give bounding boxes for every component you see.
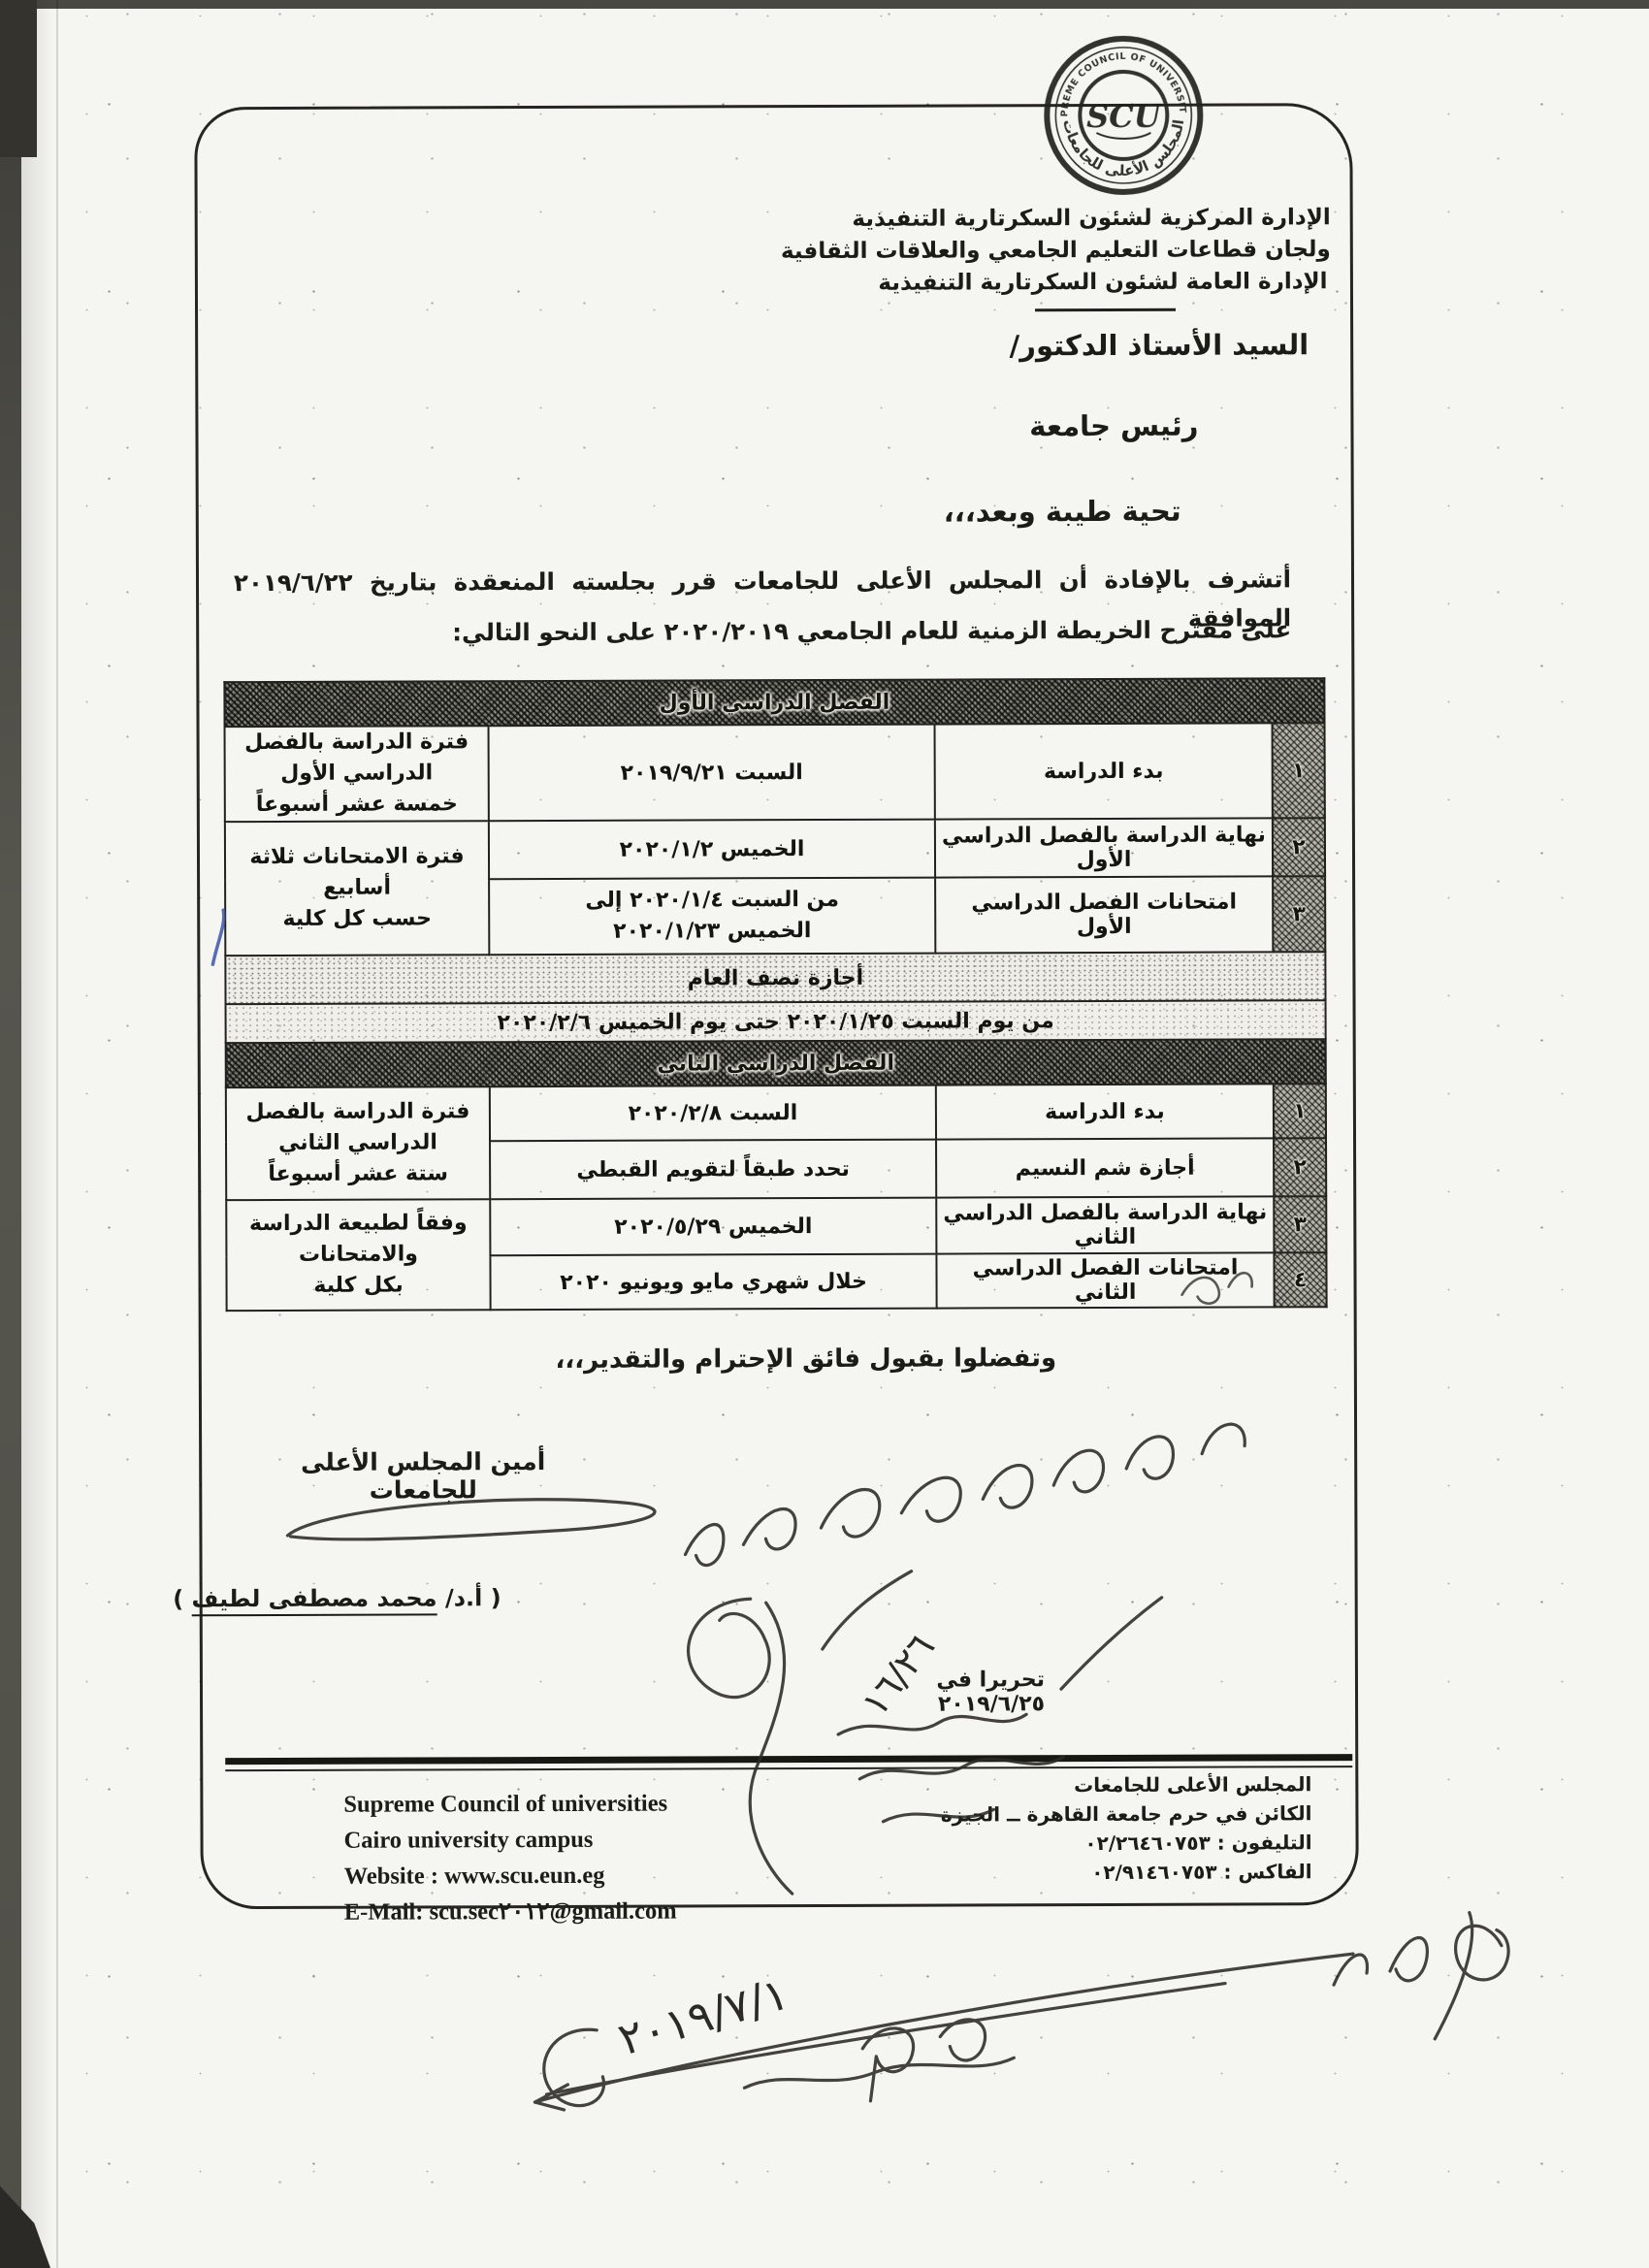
table-row: ٢ نهاية الدراسة بالفصل الدراسي الأول الخ… [225, 818, 1325, 880]
schedule-item: أجازة شم النسيم [936, 1138, 1274, 1197]
semester1-title-bar: الفصل الدراسي الأول [224, 678, 1324, 727]
seal-center-text: SCU [1086, 98, 1163, 135]
table-row: ١ بدء الدراسة السبت ٢٠١٩/٩/٢١ فترة الدرا… [225, 723, 1325, 822]
schedule-item: بدء الدراسة [935, 723, 1273, 819]
schedule-date: السبت ٢٠١٩/٩/٢١ [489, 725, 935, 822]
schedule-note: فترة الدراسة بالفصل الدراسي الثاني ستة ع… [226, 1086, 490, 1200]
closing-line: وتفضلوا بقبول فائق الإحترام والتقدير،،، [496, 1344, 1116, 1375]
schedule-date: من السبت ٢٠٢٠/١/٤ إلى الخميس ٢٠٢٠/١/٢٣ [489, 878, 935, 956]
table-row: ٣ نهاية الدراسة بالفصل الدراسي الثاني ال… [226, 1196, 1326, 1256]
row-number: ٢ [1273, 818, 1325, 876]
footer-org-name-ar: المجلس الأعلى للجامعات [923, 1769, 1311, 1799]
name-prefix: ( أ.د/ [437, 1584, 501, 1611]
row-number: ٢ [1274, 1138, 1326, 1196]
schedule-item: نهاية الدراسة بالفصل الدراسي الثاني [936, 1196, 1274, 1253]
footer-website: Website : www.scu.eun.eg [344, 1858, 677, 1895]
semester2-title-bar: الفصل الدراسي الثاني [226, 1039, 1326, 1087]
note-line: وفقاً لطبيعة الدراسة والامتحانات [231, 1208, 485, 1271]
salutation: تحية طيبة وبعد،،، [774, 495, 1181, 529]
row-number: ٤ [1274, 1252, 1326, 1307]
name-text: محمد مصطفى لطيف [191, 1584, 436, 1616]
recipient-line: السيد الأستاذ الدكتور/ [870, 328, 1309, 363]
note-line: ستة عشر أسبوعاً [231, 1158, 485, 1190]
letter-content: المجلس الأعلى للجامعات SUPREME COUNCIL O… [0, 0, 1649, 2268]
note-line: خمسة عشر أسبوعاً [230, 789, 484, 821]
schedule-date: الخميس ٢٠٢٠/١/٢ [489, 820, 935, 880]
note-line: فترة الامتحانات ثلاثة أسابيع [230, 841, 484, 904]
table-row: ١ بدء الدراسة السبت ٢٠٢٠/٢/٨ فترة الدراس… [226, 1084, 1326, 1142]
note-line: فترة الدراسة بالفصل الدراسي الثاني [231, 1096, 485, 1159]
row-number: ١ [1274, 1084, 1326, 1138]
schedule-date: خلال شهري مايو ويونيو ٢٠٢٠ [490, 1254, 936, 1311]
schedule-item: نهاية الدراسة بالفصل الدراسي الأول [935, 818, 1273, 877]
schedule-date: الخميس ٢٠٢٠/٥/٢٩ [490, 1198, 936, 1256]
footer-fax: الفاكس : ٠٢/٩١٤٦٠٧٥٣ [924, 1857, 1312, 1887]
letterhead-line: ولجان قطاعات التعليم الجامعي والعلاقات ا… [875, 234, 1331, 268]
schedule-date: تحدد طبقاً لتقويم القبطي [490, 1140, 936, 1200]
footer-email: E-Mail: scu.sec٢٠١٢@gmail.com [344, 1894, 677, 1930]
date-line: الخميس ٢٠٢٠/١/٢٣ [494, 916, 930, 949]
issue-date: تحريرا في ٢٠١٩/٦/٢٥ [846, 1668, 1045, 1717]
schedule-item: امتحانات الفصل الدراسي الأول [935, 876, 1273, 953]
note-line: فترة الدراسة بالفصل الدراسي الأول [230, 727, 484, 790]
footer-phone: التليفون : ٠٢/٢٦٤٦٠٧٥٣ [924, 1828, 1312, 1858]
academic-calendar-table: الفصل الدراسي الأول ١ بدء الدراسة السبت … [223, 677, 1327, 1312]
schedule-note: فترة الامتحانات ثلاثة أسابيع حسب كل كلية [225, 821, 489, 956]
scu-seal-logo: المجلس الأعلى للجامعات SUPREME COUNCIL O… [1042, 32, 1206, 200]
note-line: بكل كلية [231, 1270, 485, 1302]
handwritten-date-bottom: ٢٠١٩/٧/١ [612, 1966, 793, 2065]
letterhead-department: الإدارة المركزية لشئون السكرتارية التنفي… [875, 202, 1331, 300]
midyear-vacation-period: من يوم السبت ٢٠٢٠/١/٢٥ حتى يوم الخميس ٢٠… [226, 1000, 1326, 1043]
footer-contact-english: Supreme Council of universities Cairo un… [343, 1786, 676, 1930]
footer-campus-en: Cairo university campus [343, 1822, 676, 1859]
footer-org-name-en: Supreme Council of universities [343, 1786, 676, 1823]
row-number: ١ [1273, 723, 1325, 818]
signatory-name: ( أ.د/ محمد مصطفى لطيف ) [240, 1584, 501, 1612]
name-suffix: ) [173, 1585, 191, 1612]
footer-contact-arabic: المجلس الأعلى للجامعات الكائن في حرم جام… [923, 1769, 1311, 1887]
midyear-vacation-title: أجازة نصف العام [225, 952, 1325, 1004]
signatory-title: أمين المجلس الأعلى للجامعات [268, 1447, 578, 1505]
scu-seal-icon: المجلس الأعلى للجامعات SUPREME COUNCIL O… [1042, 32, 1206, 200]
letterhead-line: الإدارة المركزية لشئون السكرتارية التنفي… [875, 202, 1331, 236]
schedule-note: وفقاً لطبيعة الدراسة والامتحانات بكل كلي… [226, 1199, 490, 1311]
body-paragraph-line2: على مقترح الخريطة الزمنية للعام الجامعي … [234, 610, 1291, 653]
schedule-item: بدء الدراسة [936, 1084, 1274, 1139]
schedule-date: السبت ٢٠٢٠/٢/٨ [490, 1085, 936, 1142]
scanned-letter-page: المجلس الأعلى للجامعات SUPREME COUNCIL O… [0, 0, 1649, 2268]
schedule-note: فترة الدراسة بالفصل الدراسي الأول خمسة ع… [225, 726, 489, 822]
footer-address-ar: الكائن في حرم جامعة القاهرة ــ الجيزة [923, 1798, 1311, 1829]
letterhead-line: الإدارة العامة لشئون السكرتارية التنفيذي… [875, 266, 1331, 300]
letterhead-underline [1035, 308, 1176, 312]
note-line: حسب كل كلية [230, 903, 484, 935]
schedule-item: امتحانات الفصل الدراسي الثاني [936, 1252, 1274, 1308]
date-line: من السبت ٢٠٢٠/١/٤ إلى [494, 885, 930, 918]
recipient-title: رئيس جامعة [870, 409, 1198, 443]
row-number: ٣ [1273, 876, 1325, 952]
row-number: ٣ [1274, 1196, 1326, 1252]
